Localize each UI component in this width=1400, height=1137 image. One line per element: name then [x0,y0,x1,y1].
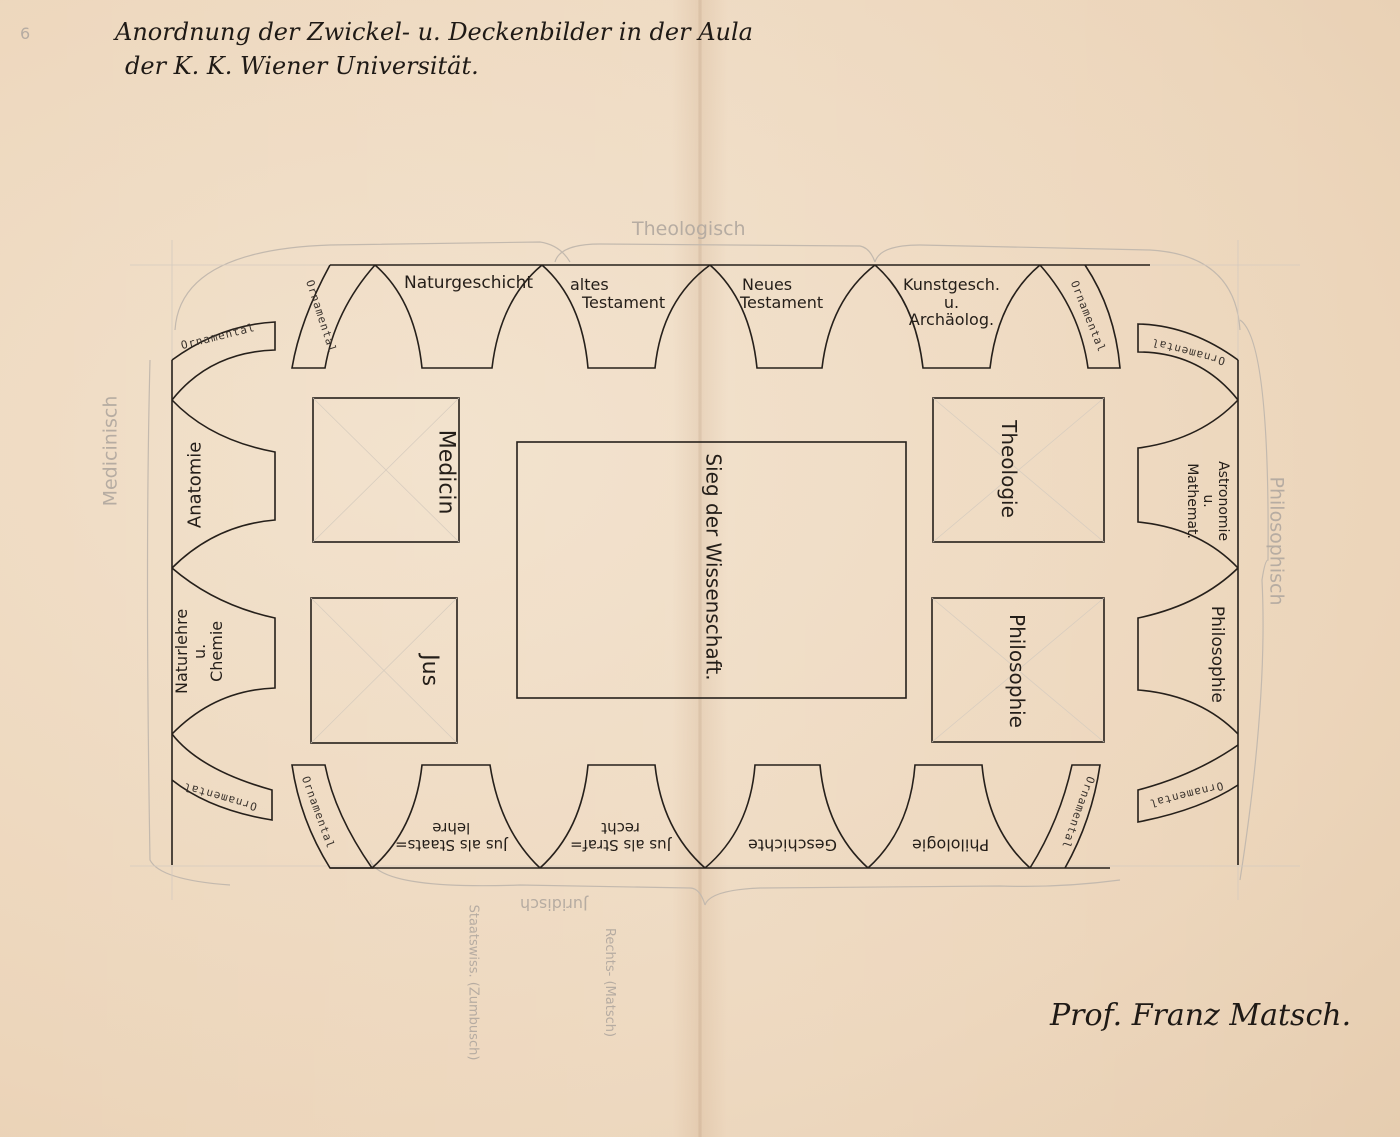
group-label-bottom: Juridisch [520,895,588,914]
spandrel-altes-testament: altes Testament [570,276,665,311]
kunst-line-1: Kunstgesch. [903,276,1000,294]
spandrel-neues-testament: Neues Testament [740,276,823,311]
ceiling-plan [0,0,1400,1137]
spandrel-naturgeschichte: Naturgeschicht [404,274,533,293]
kunst-line-3: Archäolog. [903,311,1000,329]
naturlehre-line-2: u. [191,609,209,694]
spandrel-jus-strafrecht: Jus als Straf= recht [570,820,671,853]
spandrel-geschichte: Geschichte [748,836,837,854]
naturlehre-line-3: Chemie [208,609,226,694]
spandrel-naturlehre-chemie: Naturlehre u. Chemie [173,609,226,694]
spandrel-jus-staatslehre: Jus als Staats= lehre [395,820,508,853]
astro-line-1: Astronomie [1215,461,1230,541]
spandrel-kunstgeschichte: Kunstgesch. u. Archäolog. [903,276,1000,329]
panel-center-sieg-der-wissenschaft: Sieg der Wissenschaft. [703,453,725,680]
panel-theologie: Theologie [998,420,1020,518]
neues-line-2: Testament [740,294,823,312]
staat-line-2: lehre [395,820,508,837]
bottom-note-2: Rechts- (Matsch) [602,928,617,1037]
naturlehre-line-1: Naturlehre [173,609,191,694]
spandrel-astronomie-mathemat: Astronomie u. Mathemat. [1184,461,1230,541]
kunst-line-2: u. [903,294,1000,312]
spandrel-anatomie: Anatomie [185,442,205,528]
bottom-note-1: Staatswiss. (Zumbusch) [465,905,480,1061]
astro-line-3: Mathemat. [1184,461,1199,541]
signature: Prof. Franz Matsch. [1050,998,1351,1033]
group-label-left: Medicinisch [99,396,121,507]
altes-line-1: altes [570,276,665,294]
straf-line-2: recht [570,820,671,837]
group-label-right: Philosophisch [1265,477,1287,606]
altes-line-2: Testament [570,294,665,312]
neues-line-1: Neues [740,276,823,294]
astro-line-2: u. [1199,461,1214,541]
spandrel-philosophie-right: Philosophie [1207,606,1226,703]
group-label-top: Theologisch [632,218,746,240]
panel-jus: Jus [417,654,441,686]
panel-philosophie: Philosophie [1006,614,1028,728]
straf-line-1: Jus als Straf= [570,837,671,854]
panel-medicin: Medicin [433,430,457,515]
staat-line-1: Jus als Staats= [395,837,508,854]
spandrel-philologie: Philologie [912,836,989,854]
